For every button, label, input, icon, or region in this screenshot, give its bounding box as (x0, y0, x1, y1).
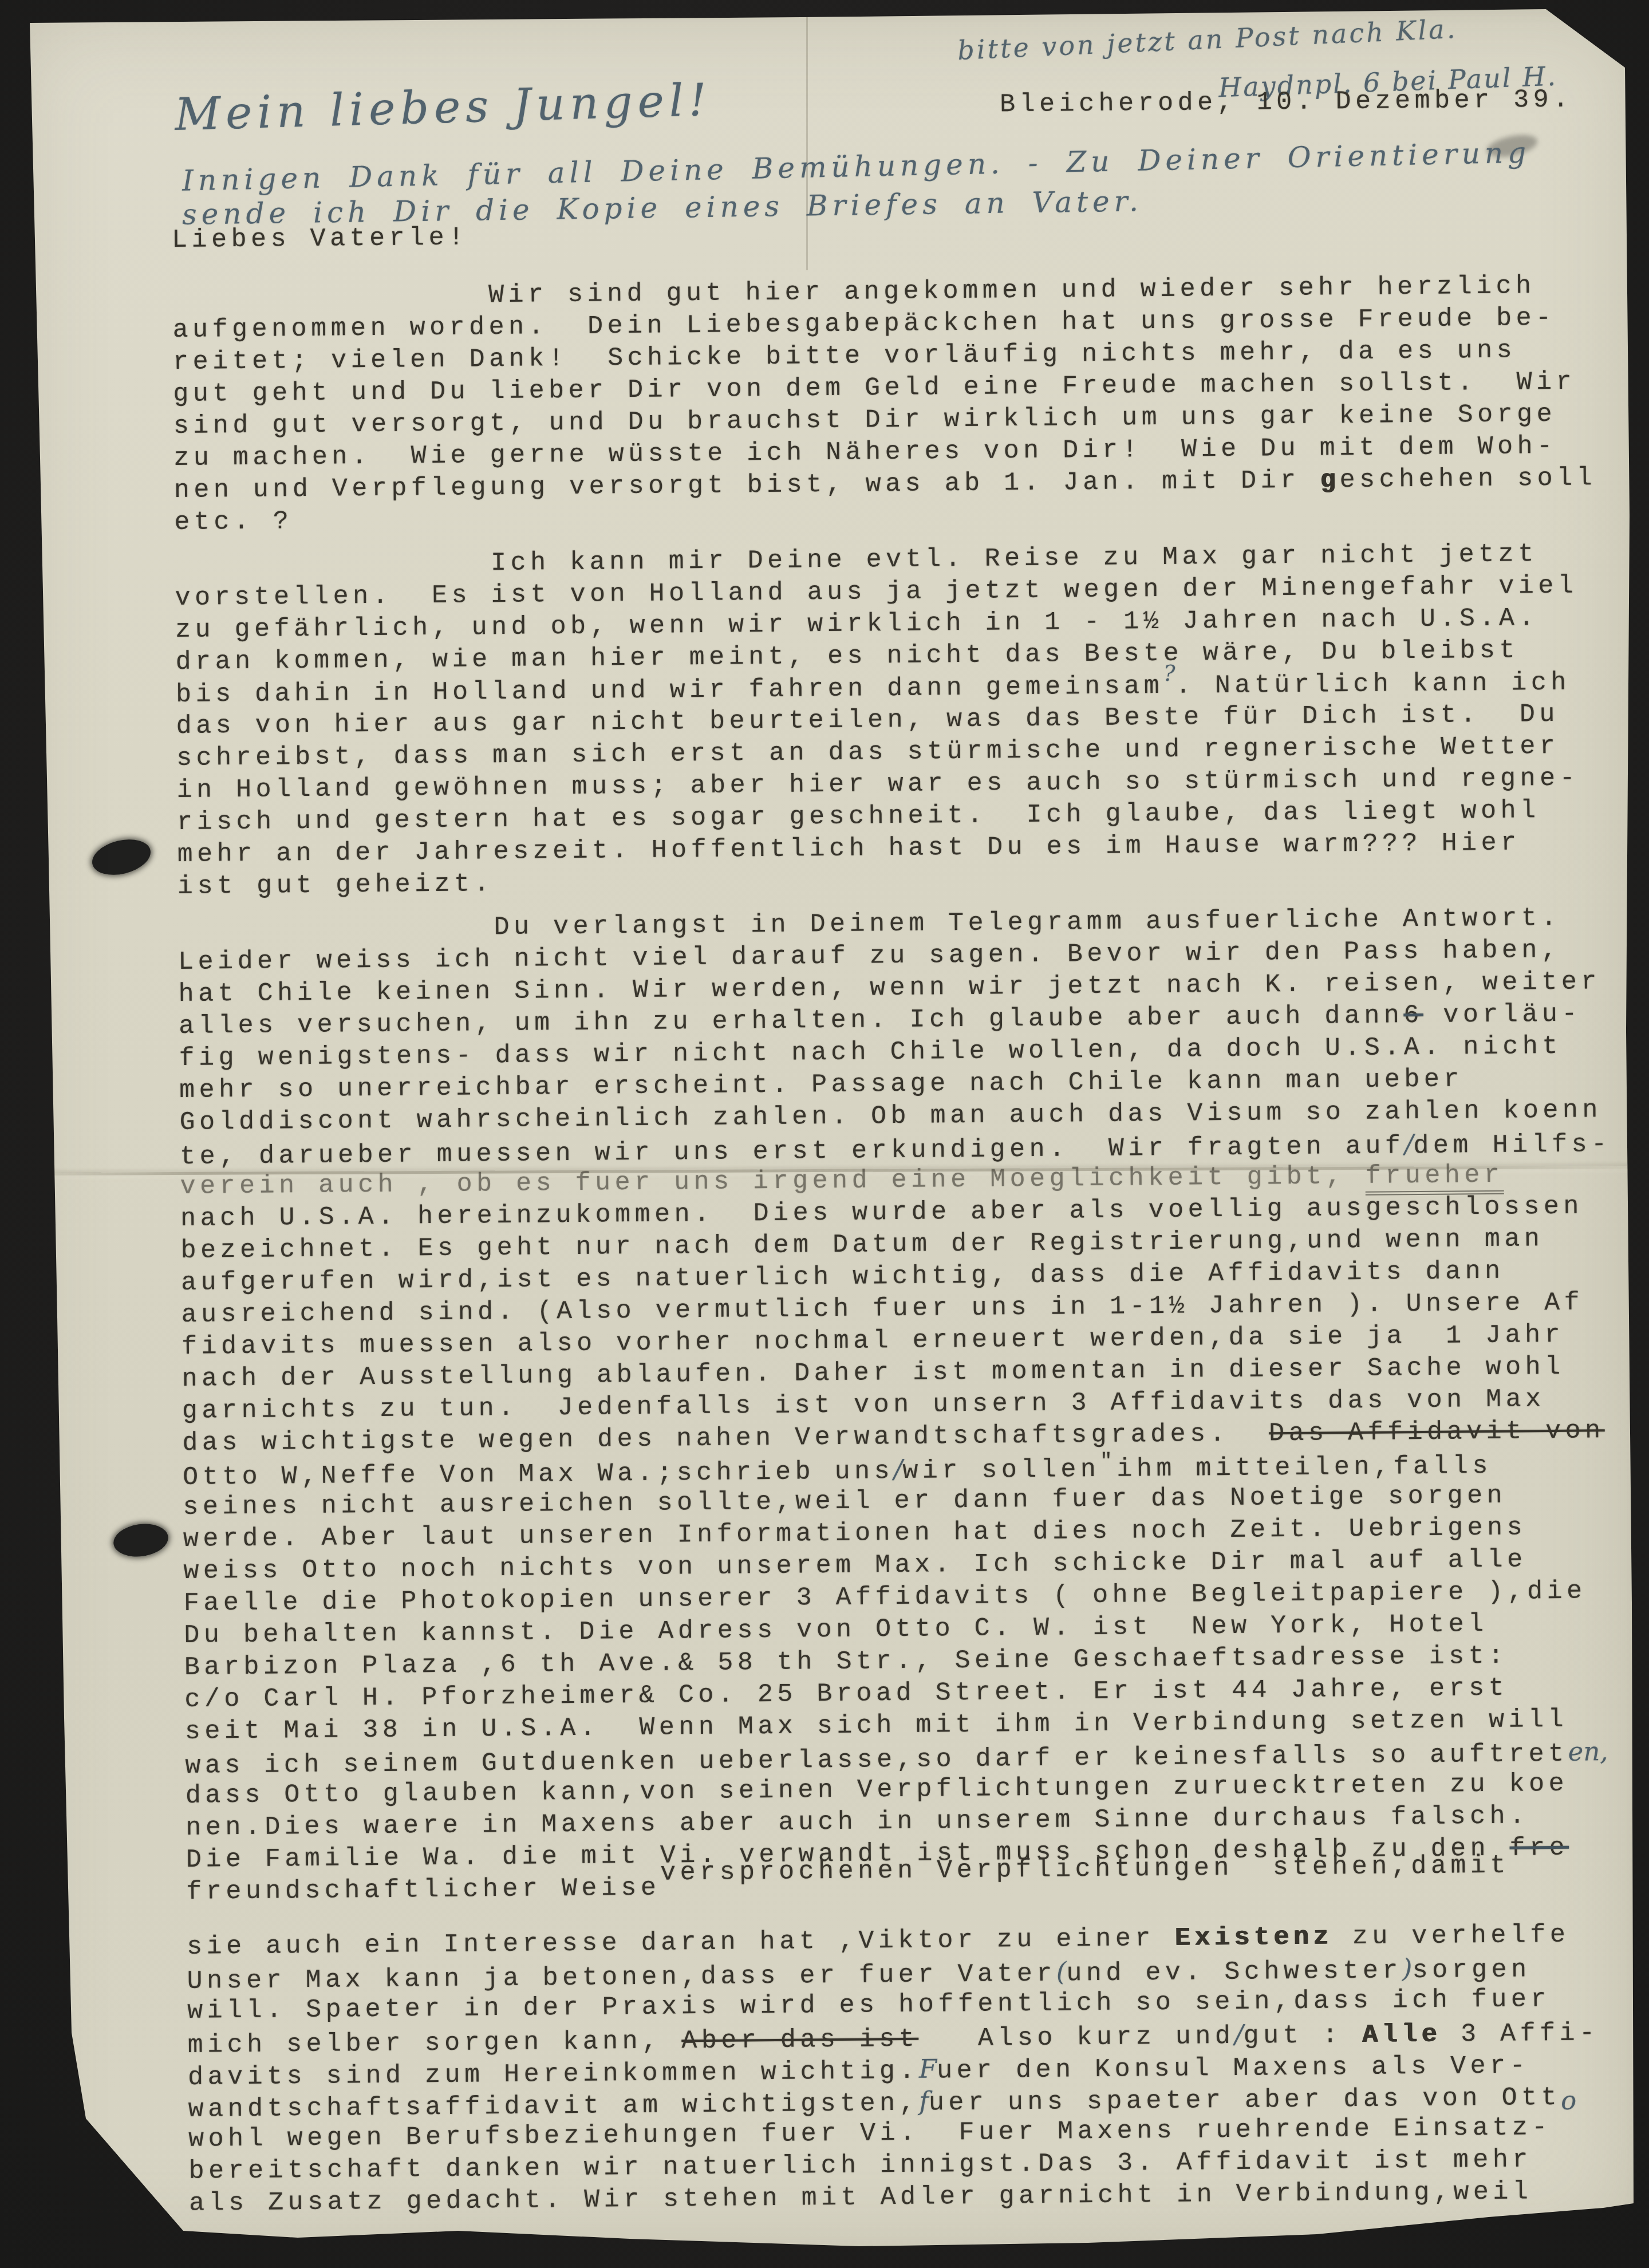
text-segment: wir sollen (902, 1455, 1100, 1486)
text-segment: etc. ? (174, 507, 293, 537)
text-segment: dem Hilfs- (1413, 1130, 1611, 1161)
typed-dateline: Bleicherode, 10. Dezember 39. (1000, 84, 1573, 121)
text-segment: ist gut geheizt. (177, 869, 494, 901)
scanned-letter-photo: { "colors":{ "background":"#1f1e1d", "pa… (0, 0, 1649, 2268)
text-segment: sorgen (1412, 1955, 1530, 1985)
text-segment-sh: fre (1509, 1833, 1569, 1863)
text-segment-suh: ? (1163, 661, 1175, 687)
paragraph: Wir sind gut hier angekommen und wieder … (172, 270, 1632, 539)
text-segment: freundschaftlicher Weise (186, 1873, 661, 1907)
text-segment: ihm mitteilen,falls (1117, 1451, 1492, 1484)
text-segment: Also kurz und (918, 2022, 1235, 2054)
text-segment-sbh: o (1561, 2085, 1577, 2116)
paragraph: Du verlangst in Deinem Telegramm ausfuer… (177, 902, 1643, 1908)
text-segment-h: / (1234, 2019, 1244, 2049)
typed-body: Liebes Vaterle! Wir sind gut hier angeko… (172, 212, 1646, 2220)
typed-text-layer: Bleicherode, 10. Dezember 39. Liebes Vat… (0, 0, 1649, 2268)
paragraph: sie auch ein Interesse daran hat ,Viktor… (187, 1919, 1646, 2220)
text-segment: gut : (1243, 2021, 1362, 2051)
text-segment-h: / (894, 1454, 903, 1484)
text-segment-sh: 6 (1403, 1001, 1423, 1030)
text-segment-sup: " (1100, 1449, 1117, 1473)
paper-sheet: bitte von jetzt an Post nach Kla. Haydnp… (0, 0, 1649, 2268)
text-segment-st: Aber das ist (681, 2025, 918, 2056)
text-segment-h: F (919, 2053, 937, 2084)
text-segment-b: g (1320, 466, 1340, 495)
typed-salutation: Liebes Vaterle! (172, 212, 1629, 257)
text-segment-h: en, (1568, 1736, 1608, 1767)
text-segment-h: f (919, 2086, 929, 2116)
text-segment-h: / (1405, 1129, 1414, 1159)
text-segment: und ev. Schwester (1066, 1956, 1402, 1988)
text-segment: 3 Affi- (1441, 2018, 1599, 2049)
paragraph: Ich kann mir Deine evtl. Reise zu Max ga… (175, 538, 1635, 903)
text-segment-h: ( (1056, 1956, 1067, 1986)
text-segment: vorläu- (1423, 1000, 1581, 1030)
text-segment: . Natürlich kann ich (1175, 668, 1571, 701)
text-segment-u: frueher (1366, 1161, 1504, 1196)
text-segment-b: Existenz (1174, 1922, 1332, 1953)
text-segment-h: ) (1402, 1953, 1413, 1983)
text-segment: eschehen soll (1339, 463, 1596, 495)
text-segment: zu verhelfe (1332, 1920, 1569, 1952)
text-segment: mich selber sorgen kann, (187, 2026, 681, 2060)
text-segment-b: Alle (1362, 2020, 1441, 2050)
text-segment-st: Das Affidavit von (1269, 1416, 1605, 1448)
